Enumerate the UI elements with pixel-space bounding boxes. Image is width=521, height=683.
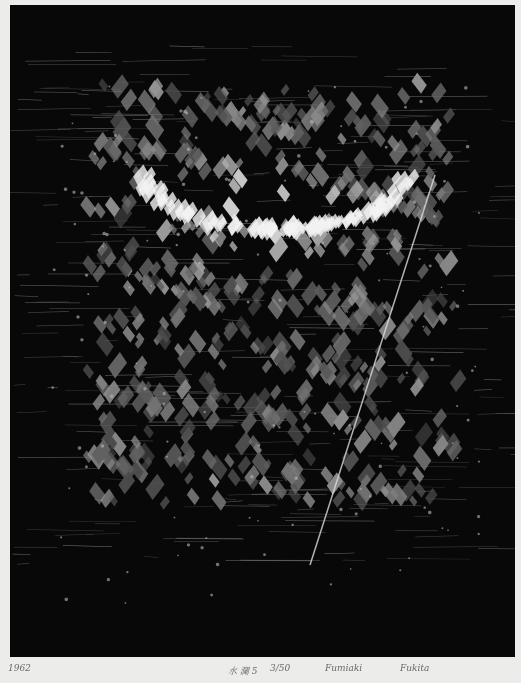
date-inscription: 1962 bbox=[8, 664, 31, 674]
signature-first-name: Fumiaki bbox=[325, 664, 362, 674]
woodcut-print-image bbox=[10, 5, 515, 657]
edition-number: 3/50 bbox=[270, 664, 290, 674]
title-inscription: 水 瀾 5 bbox=[228, 664, 257, 677]
abstract-lattice-artwork bbox=[10, 5, 515, 657]
signature-last-name: Fukita bbox=[400, 664, 429, 674]
